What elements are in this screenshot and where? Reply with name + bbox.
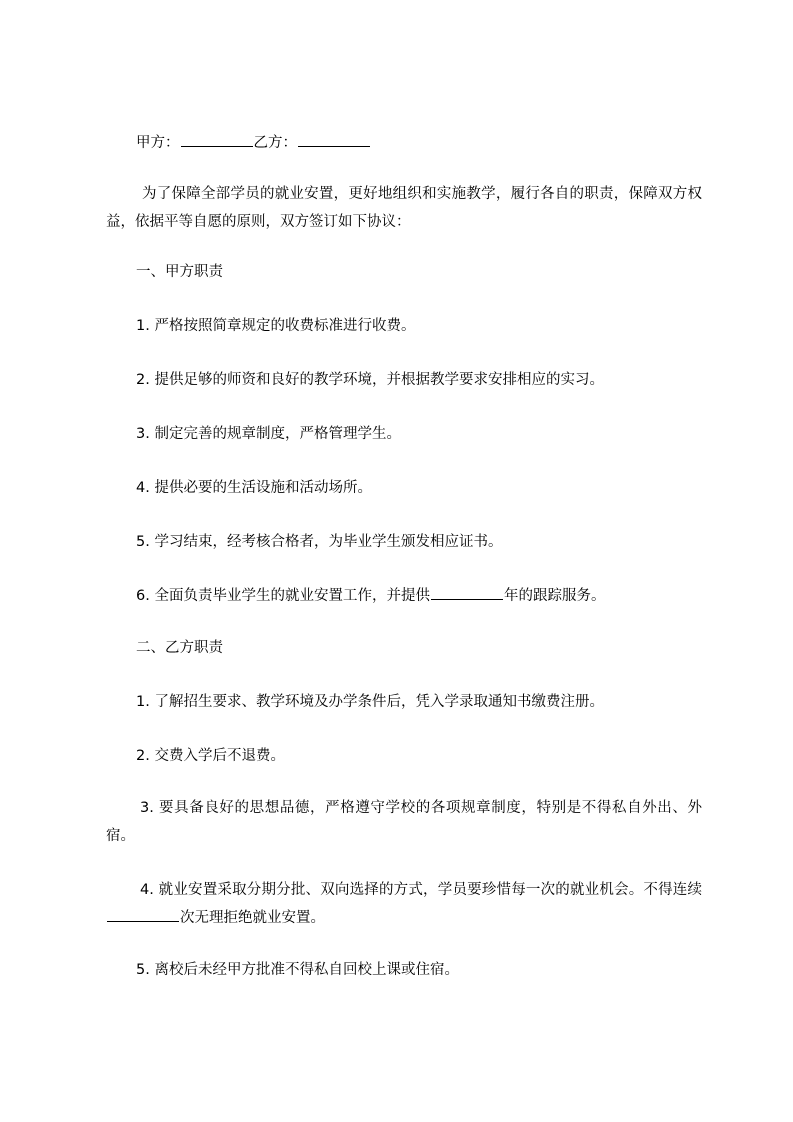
party-b-label: 乙方： bbox=[254, 135, 298, 151]
section1-item-1: 1. 严格按照简章规定的收费标准进行收费。 bbox=[136, 316, 415, 336]
item4-text-before: 4. 就业安置采取分期分批、双向选择的方式，学员要珍惜每一次的就业机会。不得连续 bbox=[140, 882, 702, 898]
service-years-blank bbox=[431, 585, 503, 600]
item4-text-after: 次无理拒绝就业安置。 bbox=[180, 910, 325, 926]
section1-item-5: 5. 学习结束，经考核合格者，为毕业学生颁发相应证书。 bbox=[136, 532, 502, 552]
section1-item-3: 3. 制定完善的规章制度，严格管理学生。 bbox=[136, 424, 401, 444]
section2-heading: 二、乙方职责 bbox=[136, 638, 223, 658]
party-a-blank bbox=[181, 132, 253, 147]
section1-heading: 一、甲方职责 bbox=[136, 262, 223, 282]
section1-item-4: 4. 提供必要的生活设施和活动场所。 bbox=[136, 478, 372, 498]
intro-paragraph: 为了保障全部学员的就业安置，更好地组织和实施教学，履行各自的职责，保障双方权益，… bbox=[106, 180, 702, 236]
refusal-count-blank bbox=[107, 907, 179, 922]
section2-item-5: 5. 离校后未经甲方批准不得私自回校上课或住宿。 bbox=[136, 960, 459, 980]
item6-text-after: 年的跟踪服务。 bbox=[504, 588, 606, 604]
item6-text-before: 6. 全面负责毕业学生的就业安置工作，并提供 bbox=[136, 588, 430, 604]
section1-item-2: 2. 提供足够的师资和良好的教学环境，并根据教学要求安排相应的实习。 bbox=[136, 370, 604, 390]
section2-item-2: 2. 交费入学后不退费。 bbox=[136, 746, 285, 766]
party-a-label: 甲方： bbox=[136, 135, 180, 151]
section2-item-4: 4. 就业安置采取分期分批、双向选择的方式，学员要珍惜每一次的就业机会。不得连续… bbox=[106, 876, 702, 932]
party-b-blank bbox=[298, 132, 370, 147]
section2-item-3: 3. 要具备良好的思想品德，严格遵守学校的各项规章制度，特别是不得私自外出、外宿… bbox=[106, 794, 702, 850]
section2-item-1: 1. 了解招生要求、教学环境及办学条件后，凭入学录取通知书缴费注册。 bbox=[136, 692, 604, 712]
parties-line: 甲方：乙方： bbox=[136, 132, 371, 153]
section1-item-6: 6. 全面负责毕业学生的就业安置工作，并提供年的跟踪服务。 bbox=[136, 585, 605, 606]
